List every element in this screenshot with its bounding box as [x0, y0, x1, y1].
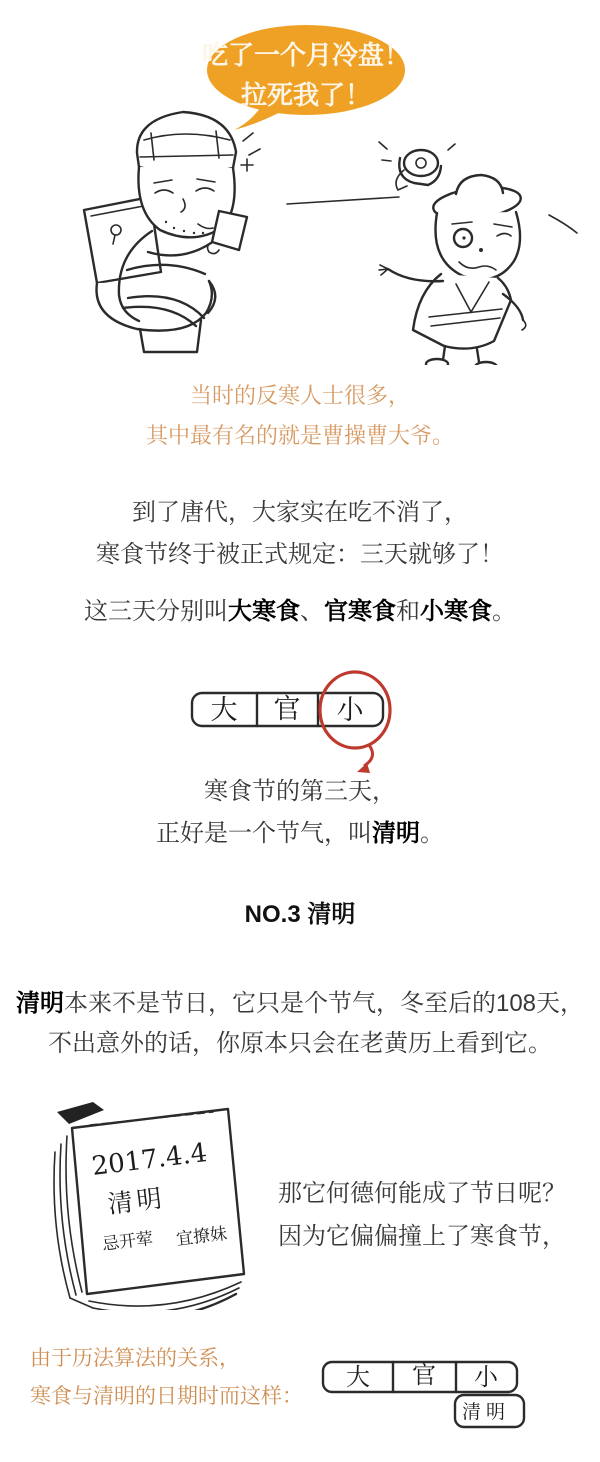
cartoon-scene: 吃了一个月冷盘！ 拉死我了！: [0, 0, 600, 365]
overlap-diagram: 大 官 小 清明: [318, 1353, 553, 1448]
overlap-cell-da: 大: [346, 1363, 370, 1391]
toilet-man-illustration: [84, 112, 247, 352]
book-spine-corner: [57, 1102, 104, 1124]
diagram-cell-da: 大: [211, 695, 238, 726]
three-days-period: 。: [492, 598, 516, 625]
paragraph-tang-line2: 寒食节终于被正式规定：三天就够了！: [0, 534, 600, 576]
calendar-note: 由于历法算法的关系， 寒食与清明的日期时而这样：: [30, 1340, 350, 1416]
comic-page: 吃了一个月冷盘！ 拉死我了！: [0, 0, 600, 1462]
overlap-cell-xiao: 小: [474, 1363, 499, 1391]
third-day-qingming-bold: 清明: [372, 820, 420, 847]
calendar-note-line1: 由于历法算法的关系，: [30, 1340, 350, 1378]
cao-cao-illustration: [379, 175, 526, 365]
almanac-book-illustration: 2017.4.4 清明 忌开荤 宜撩妹: [45, 1095, 260, 1310]
qingming-intro-bold: 清明: [16, 990, 64, 1017]
diagram-cell-xiao: 小: [337, 695, 365, 726]
three-days-line: 这三天分别叫大寒食、官寒食和小寒食。: [0, 591, 600, 633]
speech-bubble-line2: 拉死我了！: [241, 80, 371, 110]
whoosh-line: [287, 197, 399, 204]
paragraph-qingming-intro: 清明本来不是节日，它只是个节气，冬至后的108天， 不出意外的话，你原本只会在老…: [0, 984, 600, 1064]
motion-arc: [549, 215, 577, 233]
paragraph-tang: 到了唐代，大家实在吃不消了， 寒食节终于被正式规定：三天就够了！: [0, 492, 600, 576]
question-line2: 因为它偏偏撞上了寒食节，: [278, 1215, 578, 1258]
toilet-paper-roll-icon: [379, 142, 455, 190]
diagram-cell-guan: 官: [274, 694, 301, 725]
motion-marks: [241, 133, 260, 171]
third-day-line2: 正好是一个节气，叫清明。: [0, 813, 600, 855]
caption-cao-cao: 当时的反寒人士很多， 其中最有名的就是曹操曹大爷。: [0, 376, 600, 456]
paragraph-third-day: 寒食节的第三天， 正好是一个节气，叫清明。: [0, 771, 600, 855]
three-days-bold-da: 大寒食: [228, 598, 300, 625]
red-arrow: [364, 745, 373, 766]
paragraph-tang-line1: 到了唐代，大家实在吃不消了，: [0, 492, 600, 534]
calendar-note-line2: 寒食与清明的日期时而这样：: [30, 1378, 350, 1416]
three-days-and: 和: [396, 598, 420, 625]
question-line1: 那它何德何能成了节日呢？: [278, 1172, 578, 1215]
third-day-line2-suffix: 。: [420, 820, 444, 847]
three-days-diagram: 大 官 小: [172, 655, 432, 785]
paragraph-three-days: 这三天分别叫大寒食、官寒食和小寒食。: [0, 591, 600, 633]
section-heading-text: NO.3 清明: [0, 894, 600, 936]
three-days-bold-xiao: 小寒食: [420, 598, 492, 625]
overlap-qingming-label: 清明: [462, 1401, 510, 1423]
three-days-prefix: 这三天分别叫: [84, 598, 228, 625]
cup-icon: [212, 211, 247, 250]
paragraph-question: 那它何德何能成了节日呢？ 因为它偏偏撞上了寒食节，: [278, 1172, 578, 1258]
speech-bubble: 吃了一个月冷盘！ 拉死我了！: [202, 25, 410, 130]
qingming-intro-line2: 不出意外的话，你原本只会在老黄历上看到它。: [0, 1024, 600, 1064]
caption-cao-line1: 当时的反寒人士很多，: [0, 376, 600, 416]
three-days-sep: 、: [300, 598, 324, 625]
overlap-cell-guan: 官: [412, 1361, 436, 1389]
speech-bubble-line1: 吃了一个月冷盘！: [202, 40, 410, 70]
three-days-bold-guan: 官寒食: [324, 598, 396, 625]
third-day-line1: 寒食节的第三天，: [0, 771, 600, 813]
caption-cao-line2: 其中最有名的就是曹操曹大爷。: [0, 416, 600, 456]
section-heading: NO.3 清明: [0, 894, 600, 936]
third-day-line2-prefix: 正好是一个节气，叫: [156, 820, 372, 847]
qingming-intro-rest: 本来不是节日，它只是个节气，冬至后的108天，: [64, 990, 584, 1017]
qingming-intro-line1: 清明本来不是节日，它只是个节气，冬至后的108天，: [0, 984, 600, 1024]
